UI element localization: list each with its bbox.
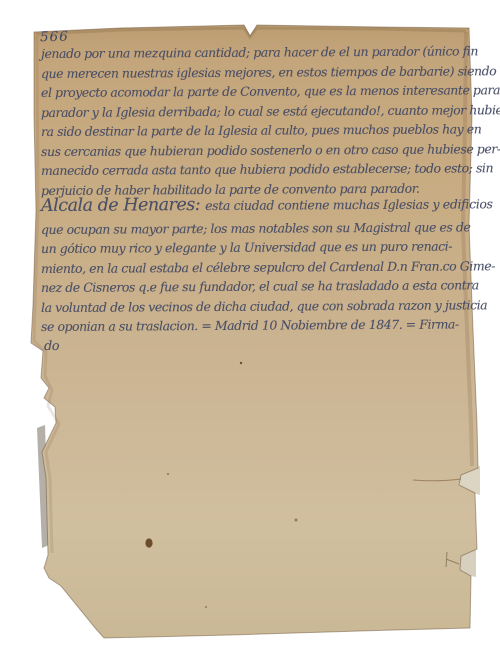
speck-3: [167, 473, 169, 475]
ink-stain: [145, 538, 152, 547]
speck-4: [205, 606, 207, 608]
speck-2: [295, 519, 298, 522]
speck-1: [240, 362, 242, 364]
scanned-manuscript-page: 566 jenado por una mezquina cantidad; pa…: [0, 0, 500, 662]
paper-sheet: [31, 25, 478, 638]
paper-artwork: [0, 0, 500, 662]
